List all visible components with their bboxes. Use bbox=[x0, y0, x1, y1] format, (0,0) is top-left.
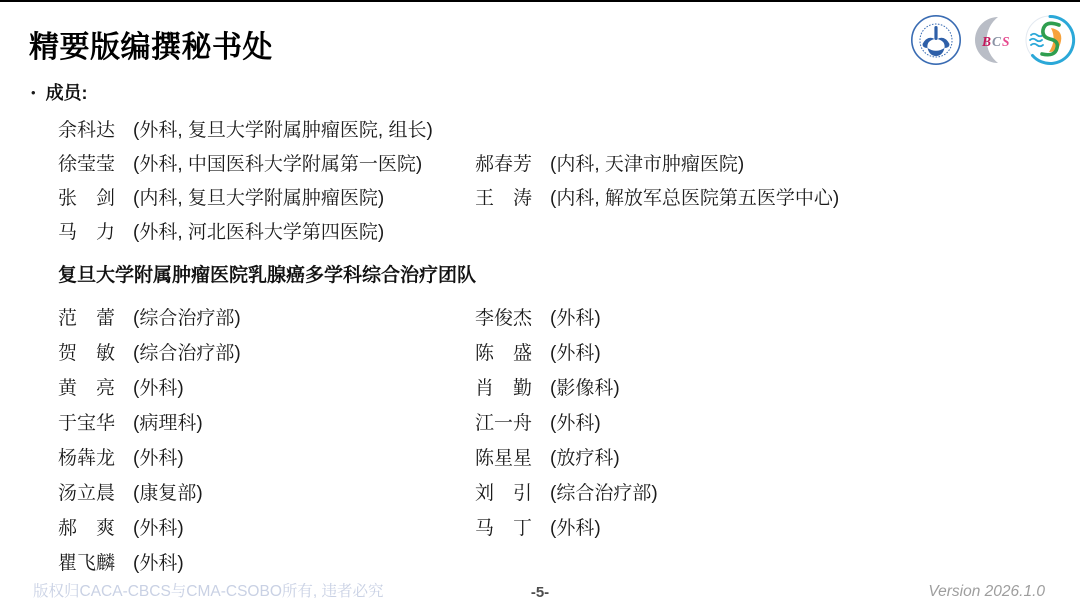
team-member-dept: (病理科) bbox=[133, 413, 203, 434]
member-name: 郝春芳 bbox=[475, 148, 537, 182]
member-entry: 张 剑(内科, 复旦大学附属肿瘤医院) bbox=[58, 182, 475, 216]
team-row: 范 蕾(综合治疗部) 李俊杰(外科) bbox=[58, 301, 1058, 336]
team-member-name: 范 蕾 bbox=[58, 301, 120, 336]
member-name: 马 力 bbox=[58, 216, 120, 250]
team-row: 杨犇龙(外科) 陈星星(放疗科) bbox=[58, 441, 1058, 476]
member-name: 余科达 bbox=[58, 114, 120, 148]
bcs-letter-b: B bbox=[981, 34, 992, 49]
member-entry bbox=[475, 114, 1058, 148]
team-member-dept: (外科) bbox=[133, 518, 184, 539]
team-entry: 于宝华(病理科) bbox=[58, 406, 475, 441]
team-member-dept: (外科) bbox=[133, 378, 184, 399]
page-title: 精要版编撰秘书处 bbox=[29, 22, 273, 66]
team-member-name: 瞿飞麟 bbox=[58, 546, 120, 581]
team-row: 贺 敏(综合治疗部) 陈 盛(外科) bbox=[58, 336, 1058, 371]
member-entry: 王 涛(内科, 解放军总医院第五医学中心) bbox=[475, 182, 1058, 216]
csobo-society-logo-icon bbox=[1024, 14, 1076, 66]
member-affiliation: (外科, 河北医科大学第四医院) bbox=[133, 222, 384, 243]
member-entry: 徐莹莹(外科, 中国医科大学附属第一医院) bbox=[58, 148, 475, 182]
member-affiliation: (内科, 解放军总医院第五医学中心) bbox=[550, 188, 839, 209]
member-name: 王 涛 bbox=[475, 182, 537, 216]
members-list: 余科达(外科, 复旦大学附属肿瘤医院, 组长) 徐莹莹(外科, 中国医科大学附属… bbox=[58, 114, 1058, 250]
team-member-name: 李俊杰 bbox=[475, 301, 537, 336]
member-row: 马 力(外科, 河北医科大学第四医院) bbox=[58, 216, 1058, 250]
team-member-dept: (外科) bbox=[550, 308, 601, 329]
members-label: 成员: bbox=[46, 79, 88, 105]
team-member-dept: (放疗科) bbox=[550, 448, 620, 469]
team-member-name: 汤立晨 bbox=[58, 476, 120, 511]
member-row: 余科达(外科, 复旦大学附属肿瘤医院, 组长) bbox=[58, 114, 1058, 148]
member-entry: 余科达(外科, 复旦大学附属肿瘤医院, 组长) bbox=[58, 114, 475, 148]
team-entry: 郝 爽(外科) bbox=[58, 511, 475, 546]
member-affiliation: (外科, 中国医科大学附属第一医院) bbox=[133, 154, 422, 175]
team-entry: 贺 敏(综合治疗部) bbox=[58, 336, 475, 371]
team-member-name: 杨犇龙 bbox=[58, 441, 120, 476]
team-member-dept: (综合治疗部) bbox=[133, 343, 241, 364]
team-entry: 瞿飞麟(外科) bbox=[58, 546, 475, 581]
member-affiliation: (外科, 复旦大学附属肿瘤医院, 组长) bbox=[133, 120, 433, 141]
member-entry: 郝春芳(内科, 天津市肿瘤医院) bbox=[475, 148, 1058, 182]
bcs-logo-icon: BCS bbox=[967, 14, 1019, 66]
team-entry: 陈 盛(外科) bbox=[475, 336, 1058, 371]
logo-group: BCS bbox=[910, 14, 1076, 66]
team-entry: 陈星星(放疗科) bbox=[475, 441, 1058, 476]
team-member-name: 马 丁 bbox=[475, 511, 537, 546]
team-entry: 肖 勤(影像科) bbox=[475, 371, 1058, 406]
team-entry: 范 蕾(综合治疗部) bbox=[58, 301, 475, 336]
member-affiliation: (内科, 复旦大学附属肿瘤医院) bbox=[133, 188, 384, 209]
bcs-letter-c: C bbox=[992, 34, 1002, 49]
team-member-dept: (外科) bbox=[550, 518, 601, 539]
team-member-dept: (外科) bbox=[133, 553, 184, 574]
member-affiliation: (内科, 天津市肿瘤医院) bbox=[550, 154, 744, 175]
team-member-name: 陈 盛 bbox=[475, 336, 537, 371]
team-entry: 李俊杰(外科) bbox=[475, 301, 1058, 336]
team-member-dept: (综合治疗部) bbox=[550, 483, 658, 504]
team-member-dept: (影像科) bbox=[550, 378, 620, 399]
team-member-dept: (综合治疗部) bbox=[133, 308, 241, 329]
svg-text:BCS: BCS bbox=[981, 34, 1011, 49]
member-entry: 马 力(外科, 河北医科大学第四医院) bbox=[58, 216, 475, 250]
version-text: Version 2026.1.0 bbox=[928, 583, 1045, 601]
team-entry: 刘 引(综合治疗部) bbox=[475, 476, 1058, 511]
team-row: 郝 爽(外科) 马 丁(外科) bbox=[58, 511, 1058, 546]
member-name: 徐莹莹 bbox=[58, 148, 120, 182]
page-number: -5- bbox=[0, 584, 1080, 601]
team-row: 于宝华(病理科) 江一舟(外科) bbox=[58, 406, 1058, 441]
team-entry: 黄 亮(外科) bbox=[58, 371, 475, 406]
team-heading: 复旦大学附属肿瘤医院乳腺癌多学科综合治疗团队 bbox=[58, 260, 476, 287]
bcs-letter-s: S bbox=[1002, 34, 1011, 49]
team-row: 瞿飞麟(外科) bbox=[58, 546, 1058, 581]
member-name: 张 剑 bbox=[58, 182, 120, 216]
members-bullet-line: • 成员: bbox=[31, 79, 88, 105]
team-entry: 江一舟(外科) bbox=[475, 406, 1058, 441]
team-list: 范 蕾(综合治疗部) 李俊杰(外科) 贺 敏(综合治疗部) 陈 盛(外科) 黄 … bbox=[58, 301, 1058, 581]
china-anti-cancer-association-logo-icon bbox=[910, 14, 962, 66]
member-entry bbox=[475, 216, 1058, 250]
team-member-name: 陈星星 bbox=[475, 441, 537, 476]
team-member-name: 贺 敏 bbox=[58, 336, 120, 371]
team-row: 黄 亮(外科) 肖 勤(影像科) bbox=[58, 371, 1058, 406]
team-member-name: 黄 亮 bbox=[58, 371, 120, 406]
team-member-dept: (康复部) bbox=[133, 483, 203, 504]
bullet-icon: • bbox=[31, 86, 36, 99]
team-member-name: 刘 引 bbox=[475, 476, 537, 511]
team-member-dept: (外科) bbox=[550, 413, 601, 434]
team-entry bbox=[475, 546, 1058, 581]
team-member-dept: (外科) bbox=[550, 343, 601, 364]
team-entry: 汤立晨(康复部) bbox=[58, 476, 475, 511]
team-entry: 杨犇龙(外科) bbox=[58, 441, 475, 476]
team-member-name: 肖 勤 bbox=[475, 371, 537, 406]
team-member-name: 郝 爽 bbox=[58, 511, 120, 546]
slide: 精要版编撰秘书处 BCS • 成员: 余 bbox=[0, 0, 1080, 610]
team-member-name: 于宝华 bbox=[58, 406, 120, 441]
team-member-name: 江一舟 bbox=[475, 406, 537, 441]
member-row: 张 剑(内科, 复旦大学附属肿瘤医院) 王 涛(内科, 解放军总医院第五医学中心… bbox=[58, 182, 1058, 216]
team-row: 汤立晨(康复部) 刘 引(综合治疗部) bbox=[58, 476, 1058, 511]
member-row: 徐莹莹(外科, 中国医科大学附属第一医院) 郝春芳(内科, 天津市肿瘤医院) bbox=[58, 148, 1058, 182]
team-entry: 马 丁(外科) bbox=[475, 511, 1058, 546]
team-member-dept: (外科) bbox=[133, 448, 184, 469]
